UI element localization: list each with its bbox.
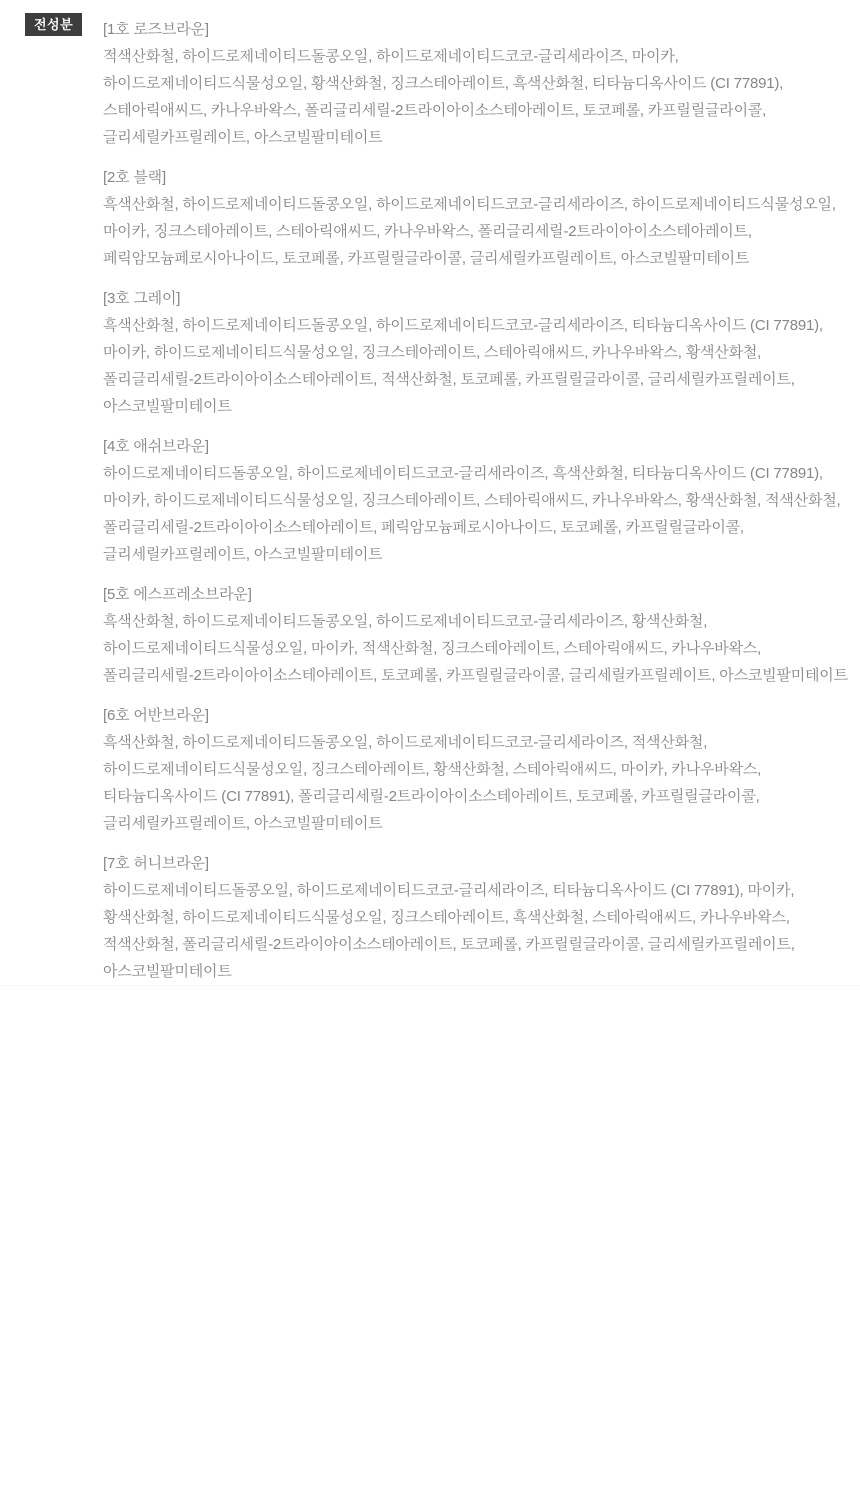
ingredient-line: 마이카, 징크스테아레이트, 스테아릭애씨드, 카나우바왁스, 폴리글리세릴-2…	[103, 218, 853, 245]
ingredient-line: 스테아릭애씨드, 카나우바왁스, 폴리글리세릴-2트라이아이소스테아레이트, 토…	[103, 97, 853, 124]
section-title: [4호 애쉬브라운]	[103, 433, 853, 460]
ingredient-section: [1호 로즈브라운] 적색산화철, 하이드로제네이티드돌콩오일, 하이드로제네이…	[103, 16, 853, 151]
ingredient-section: [2호 블랙] 흑색산화철, 하이드로제네이티드돌콩오일, 하이드로제네이티드코…	[103, 164, 853, 272]
ingredient-line: 페릭암모늄페로시아나이드, 토코페롤, 카프릴릴글라이콜, 글리세릴카프릴레이트…	[103, 245, 853, 272]
ingredient-line: 흑색산화철, 하이드로제네이티드돌콩오일, 하이드로제네이티드코코-글리세라이즈…	[103, 312, 853, 339]
ingredient-line: 하이드로제네이티드식물성오일, 마이카, 적색산화철, 징크스테아레이트, 스테…	[103, 635, 853, 662]
section-lines: 흑색산화철, 하이드로제네이티드돌콩오일, 하이드로제네이티드코코-글리세라이즈…	[103, 729, 853, 837]
ingredient-line: 흑색산화철, 하이드로제네이티드돌콩오일, 하이드로제네이티드코코-글리세라이즈…	[103, 729, 853, 756]
section-title: [1호 로즈브라운]	[103, 16, 853, 43]
ingredient-line: 황색산화철, 하이드로제네이티드식물성오일, 징크스테아레이트, 흑색산화철, …	[103, 904, 853, 931]
ingredient-line: 아스코빌팔미테이트	[103, 958, 853, 985]
ingredient-line: 적색산화철, 폴리글리세릴-2트라이아이소스테아레이트, 토코페롤, 카프릴릴글…	[103, 931, 853, 958]
section-title: [3호 그레이]	[103, 285, 853, 312]
section-lines: 흑색산화철, 하이드로제네이티드돌콩오일, 하이드로제네이티드코코-글리세라이즈…	[103, 312, 853, 420]
ingredient-section: [7호 허니브라운] 하이드로제네이티드돌콩오일, 하이드로제네이티드코코-글리…	[103, 850, 853, 985]
content-divider	[0, 985, 860, 986]
ingredient-line: 흑색산화철, 하이드로제네이티드돌콩오일, 하이드로제네이티드코코-글리세라이즈…	[103, 608, 853, 635]
ingredient-section: [5호 에스프레소브라운] 흑색산화철, 하이드로제네이티드돌콩오일, 하이드로…	[103, 581, 853, 689]
ingredient-section: [3호 그레이] 흑색산화철, 하이드로제네이티드돌콩오일, 하이드로제네이티드…	[103, 285, 853, 420]
ingredient-line: 글리세릴카프릴레이트, 아스코빌팔미테이트	[103, 124, 853, 151]
ingredients-label-badge: 전성분	[25, 13, 82, 36]
section-lines: 흑색산화철, 하이드로제네이티드돌콩오일, 하이드로제네이티드코코-글리세라이즈…	[103, 191, 853, 272]
ingredient-section: [6호 어반브라운] 흑색산화철, 하이드로제네이티드돌콩오일, 하이드로제네이…	[103, 702, 853, 837]
ingredient-line: 폴리글리세릴-2트라이아이소스테아레이트, 적색산화철, 토코페롤, 카프릴릴글…	[103, 366, 853, 393]
ingredient-line: 하이드로제네이티드식물성오일, 징크스테아레이트, 황색산화철, 스테아릭애씨드…	[103, 756, 853, 783]
ingredient-line: 아스코빌팔미테이트	[103, 393, 853, 420]
ingredient-line: 폴리글리세릴-2트라이아이소스테아레이트, 토코페롤, 카프릴릴글라이콜, 글리…	[103, 662, 853, 689]
ingredients-page: 전성분 [1호 로즈브라운] 적색산화철, 하이드로제네이티드돌콩오일, 하이드…	[0, 0, 860, 1500]
section-lines: 하이드로제네이티드돌콩오일, 하이드로제네이티드코코-글리세라이즈, 티타늄디옥…	[103, 877, 853, 985]
section-title: [7호 허니브라운]	[103, 850, 853, 877]
ingredient-line: 마이카, 하이드로제네이티드식물성오일, 징크스테아레이트, 스테아릭애씨드, …	[103, 339, 853, 366]
ingredient-line: 글리세릴카프릴레이트, 아스코빌팔미테이트	[103, 810, 853, 837]
ingredient-line: 글리세릴카프릴레이트, 아스코빌팔미테이트	[103, 541, 853, 568]
ingredient-line: 흑색산화철, 하이드로제네이티드돌콩오일, 하이드로제네이티드코코-글리세라이즈…	[103, 191, 853, 218]
section-title: [2호 블랙]	[103, 164, 853, 191]
section-lines: 하이드로제네이티드돌콩오일, 하이드로제네이티드코코-글리세라이즈, 흑색산화철…	[103, 460, 853, 568]
section-lines: 적색산화철, 하이드로제네이티드돌콩오일, 하이드로제네이티드코코-글리세라이즈…	[103, 43, 853, 151]
ingredient-line: 마이카, 하이드로제네이티드식물성오일, 징크스테아레이트, 스테아릭애씨드, …	[103, 487, 853, 514]
ingredient-line: 적색산화철, 하이드로제네이티드돌콩오일, 하이드로제네이티드코코-글리세라이즈…	[103, 43, 853, 70]
section-title: [5호 에스프레소브라운]	[103, 581, 853, 608]
ingredient-line: 하이드로제네이티드돌콩오일, 하이드로제네이티드코코-글리세라이즈, 흑색산화철…	[103, 460, 853, 487]
ingredient-line: 하이드로제네이티드돌콩오일, 하이드로제네이티드코코-글리세라이즈, 티타늄디옥…	[103, 877, 853, 904]
section-lines: 흑색산화철, 하이드로제네이티드돌콩오일, 하이드로제네이티드코코-글리세라이즈…	[103, 608, 853, 689]
ingredient-line: 티타늄디옥사이드 (CI 77891), 폴리글리세릴-2트라이아이소스테아레이…	[103, 783, 853, 810]
ingredient-line: 폴리글리세릴-2트라이아이소스테아레이트, 페릭암모늄페로시아나이드, 토코페롤…	[103, 514, 853, 541]
ingredient-section: [4호 애쉬브라운] 하이드로제네이티드돌콩오일, 하이드로제네이티드코코-글리…	[103, 433, 853, 568]
ingredient-line: 하이드로제네이티드식물성오일, 황색산화철, 징크스테아레이트, 흑색산화철, …	[103, 70, 853, 97]
ingredient-sections: [1호 로즈브라운] 적색산화철, 하이드로제네이티드돌콩오일, 하이드로제네이…	[103, 16, 853, 998]
section-title: [6호 어반브라운]	[103, 702, 853, 729]
